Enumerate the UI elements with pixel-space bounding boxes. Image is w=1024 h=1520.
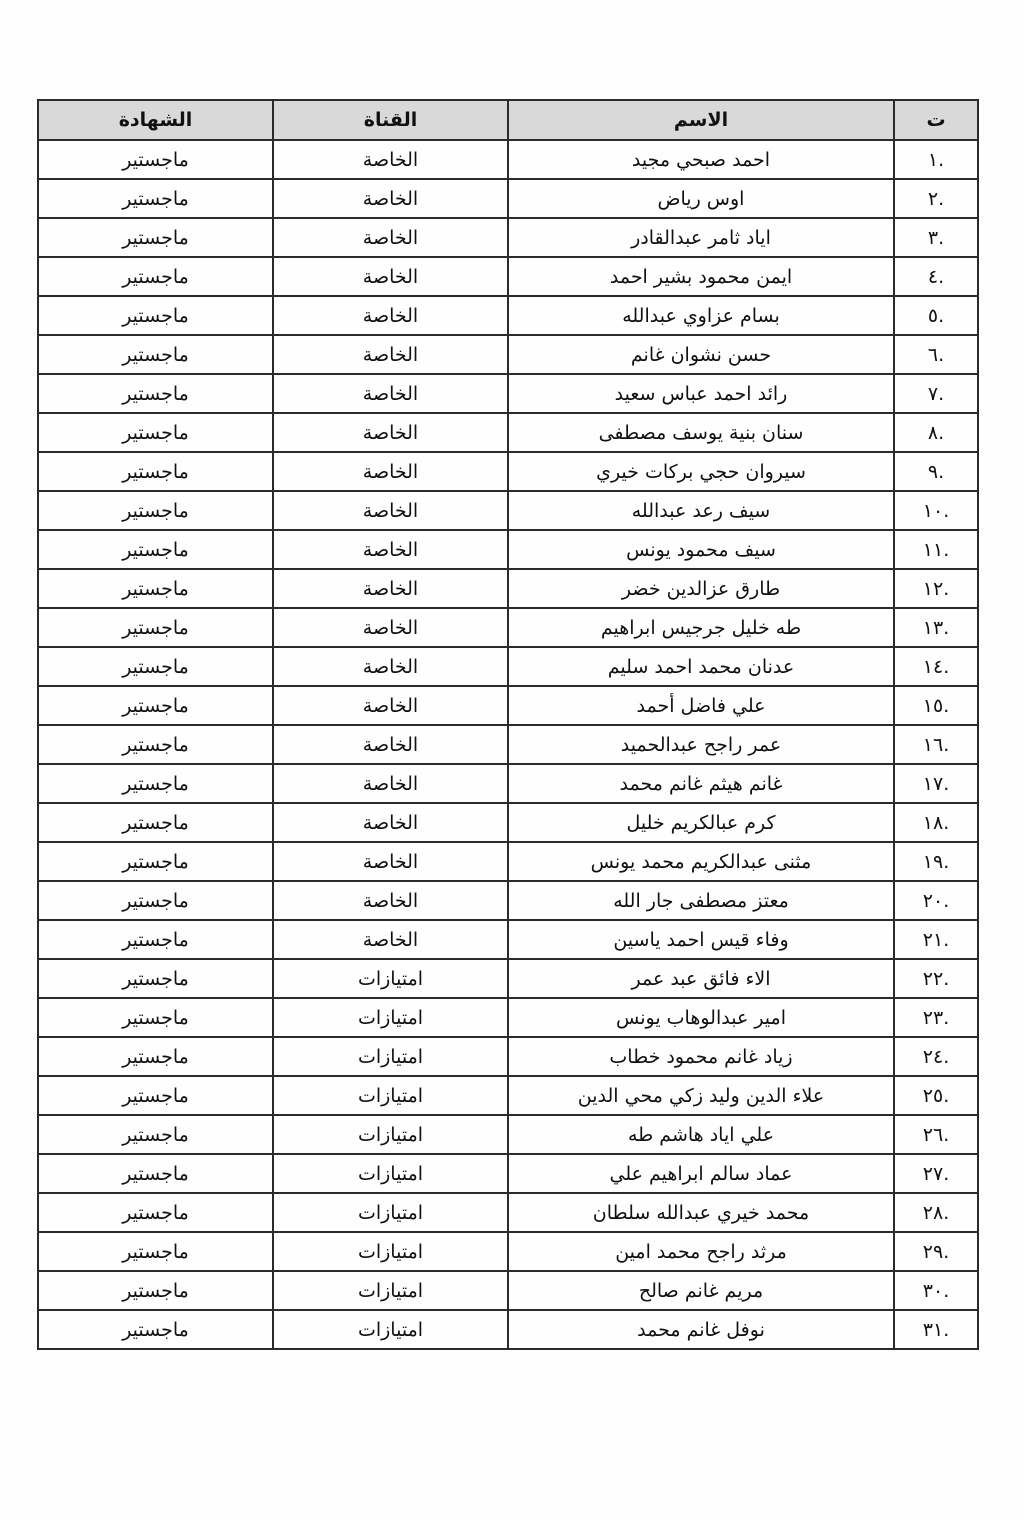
row-degree: ماجستير [38,569,273,608]
row-index: .٨ [894,413,978,452]
row-channel: امتيازات [273,1076,508,1115]
row-name: اوس رياض [508,179,894,218]
row-degree: ماجستير [38,413,273,452]
row-name: عماد سالم ابراهيم علي [508,1154,894,1193]
row-index: .٢١ [894,920,978,959]
row-channel: الخاصة [273,803,508,842]
row-index: .٦ [894,335,978,374]
row-channel: الخاصة [273,452,508,491]
table-row: .١٨كرم عبالكريم خليلالخاصةماجستير [38,803,978,842]
table-row: .١٤عدنان محمد احمد سليمالخاصةماجستير [38,647,978,686]
row-name: سنان بنية يوسف مصطفى [508,413,894,452]
table-row: .٢٥علاء الدين وليد زكي محي الدينامتيازات… [38,1076,978,1115]
row-degree: ماجستير [38,218,273,257]
row-degree: ماجستير [38,1232,273,1271]
row-degree: ماجستير [38,530,273,569]
row-channel: الخاصة [273,296,508,335]
row-degree: ماجستير [38,179,273,218]
table-row: .٢٠معتز مصطفى جار اللهالخاصةماجستير [38,881,978,920]
table-row: .٣٠مريم غانم صالحامتيازاتماجستير [38,1271,978,1310]
students-table: ت الاسم القناة الشهادة .١احمد صبحي مجيدا… [37,99,979,1350]
row-degree: ماجستير [38,1037,273,1076]
row-name: غانم هيثم غانم محمد [508,764,894,803]
table-row: .١٢طارق عزالدين خضرالخاصةماجستير [38,569,978,608]
row-degree: ماجستير [38,686,273,725]
table-row: .١٠سيف رعد عبداللهالخاصةماجستير [38,491,978,530]
row-name: وفاء قيس احمد ياسين [508,920,894,959]
table-row: .١٩مثنى عبدالكريم محمد يونسالخاصةماجستير [38,842,978,881]
table-header-row: ت الاسم القناة الشهادة [38,100,978,140]
row-index: .١٤ [894,647,978,686]
row-channel: امتيازات [273,1115,508,1154]
row-channel: الخاصة [273,608,508,647]
table-body: .١احمد صبحي مجيدالخاصةماجستير.٢اوس رياضا… [38,140,978,1349]
row-index: .٢٩ [894,1232,978,1271]
row-channel: الخاصة [273,491,508,530]
table-row: .٢١وفاء قيس احمد ياسينالخاصةماجستير [38,920,978,959]
row-degree: ماجستير [38,1115,273,1154]
row-degree: ماجستير [38,452,273,491]
row-name: حسن نشوان غانم [508,335,894,374]
row-degree: ماجستير [38,140,273,179]
row-channel: الخاصة [273,413,508,452]
row-index: .١٧ [894,764,978,803]
row-index: .١٠ [894,491,978,530]
table-row: .١٣طه خليل جرجيس ابراهيمالخاصةماجستير [38,608,978,647]
row-degree: ماجستير [38,1154,273,1193]
row-channel: الخاصة [273,647,508,686]
table-row: .٧رائد احمد عباس سعيدالخاصةماجستير [38,374,978,413]
row-name: الاء فائق عبد عمر [508,959,894,998]
row-name: علي اياد هاشم طه [508,1115,894,1154]
row-name: عدنان محمد احمد سليم [508,647,894,686]
table-row: .١١سيف محمود يونسالخاصةماجستير [38,530,978,569]
row-channel: الخاصة [273,218,508,257]
row-name: زياد غانم محمود خطاب [508,1037,894,1076]
row-index: .١٥ [894,686,978,725]
row-channel: امتيازات [273,1271,508,1310]
row-degree: ماجستير [38,803,273,842]
table-row: .٢٣امير عبدالوهاب يونسامتيازاتماجستير [38,998,978,1037]
table-row: .٢٤زياد غانم محمود خطابامتيازاتماجستير [38,1037,978,1076]
row-channel: الخاصة [273,530,508,569]
row-name: سيروان حجي بركات خيري [508,452,894,491]
row-name: رائد احمد عباس سعيد [508,374,894,413]
row-name: محمد خيري عبدالله سلطان [508,1193,894,1232]
row-index: .١٣ [894,608,978,647]
row-name: اياد ثامر عبدالقادر [508,218,894,257]
table-row: .٩سيروان حجي بركات خيريالخاصةماجستير [38,452,978,491]
row-name: طارق عزالدين خضر [508,569,894,608]
row-channel: امتيازات [273,1193,508,1232]
row-degree: ماجستير [38,1310,273,1349]
row-degree: ماجستير [38,1076,273,1115]
row-channel: امتيازات [273,959,508,998]
table-row: .٢٨محمد خيري عبدالله سلطانامتيازاتماجستي… [38,1193,978,1232]
table-row: .٢٦علي اياد هاشم طهامتيازاتماجستير [38,1115,978,1154]
row-index: .٩ [894,452,978,491]
row-index: .٢٢ [894,959,978,998]
table-row: .٨سنان بنية يوسف مصطفىالخاصةماجستير [38,413,978,452]
row-channel: الخاصة [273,179,508,218]
row-channel: الخاصة [273,842,508,881]
row-channel: الخاصة [273,764,508,803]
row-channel: الخاصة [273,881,508,920]
row-name: امير عبدالوهاب يونس [508,998,894,1037]
row-channel: الخاصة [273,725,508,764]
row-channel: امتيازات [273,998,508,1037]
table-row: .٦حسن نشوان غانمالخاصةماجستير [38,335,978,374]
row-index: .٣٠ [894,1271,978,1310]
table-row: .١٧غانم هيثم غانم محمدالخاصةماجستير [38,764,978,803]
row-name: سيف رعد عبدالله [508,491,894,530]
row-name: مريم غانم صالح [508,1271,894,1310]
row-degree: ماجستير [38,296,273,335]
header-name: الاسم [508,100,894,140]
row-channel: الخاصة [273,686,508,725]
table-row: .٢٩مرثد راجح محمد امينامتيازاتماجستير [38,1232,978,1271]
row-degree: ماجستير [38,959,273,998]
row-degree: ماجستير [38,998,273,1037]
row-index: .٢٣ [894,998,978,1037]
header-channel: القناة [273,100,508,140]
row-name: مرثد راجح محمد امين [508,1232,894,1271]
row-index: .١٢ [894,569,978,608]
row-name: احمد صبحي مجيد [508,140,894,179]
row-name: طه خليل جرجيس ابراهيم [508,608,894,647]
row-name: معتز مصطفى جار الله [508,881,894,920]
row-channel: الخاصة [273,569,508,608]
row-degree: ماجستير [38,1193,273,1232]
row-index: .٢٠ [894,881,978,920]
row-index: .٢ [894,179,978,218]
header-degree: الشهادة [38,100,273,140]
row-index: .٢٦ [894,1115,978,1154]
header-index: ت [894,100,978,140]
table-row: .٣١نوفل غانم محمدامتيازاتماجستير [38,1310,978,1349]
row-channel: الخاصة [273,257,508,296]
row-name: علي فاضل أحمد [508,686,894,725]
row-degree: ماجستير [38,257,273,296]
row-degree: ماجستير [38,1271,273,1310]
row-degree: ماجستير [38,881,273,920]
table-row: .١٦عمر راجح عبدالحميدالخاصةماجستير [38,725,978,764]
row-index: .١١ [894,530,978,569]
table-row: .١٥علي فاضل أحمدالخاصةماجستير [38,686,978,725]
table-row: .٥بسام عزاوي عبداللهالخاصةماجستير [38,296,978,335]
row-degree: ماجستير [38,920,273,959]
row-name: مثنى عبدالكريم محمد يونس [508,842,894,881]
row-channel: الخاصة [273,140,508,179]
row-channel: امتيازات [273,1232,508,1271]
row-index: .٣ [894,218,978,257]
document-page: ت الاسم القناة الشهادة .١احمد صبحي مجيدا… [0,0,1024,1520]
row-name: نوفل غانم محمد [508,1310,894,1349]
row-index: .٢٨ [894,1193,978,1232]
row-index: .٧ [894,374,978,413]
table-row: .٣اياد ثامر عبدالقادرالخاصةماجستير [38,218,978,257]
row-index: .١٩ [894,842,978,881]
row-index: .٤ [894,257,978,296]
row-channel: امتيازات [273,1310,508,1349]
row-name: علاء الدين وليد زكي محي الدين [508,1076,894,1115]
row-index: .١ [894,140,978,179]
table-row: .٢٢الاء فائق عبد عمرامتيازاتماجستير [38,959,978,998]
row-channel: امتيازات [273,1037,508,1076]
row-degree: ماجستير [38,608,273,647]
row-index: .٥ [894,296,978,335]
table-row: .٢اوس رياضالخاصةماجستير [38,179,978,218]
row-degree: ماجستير [38,374,273,413]
row-degree: ماجستير [38,764,273,803]
row-name: سيف محمود يونس [508,530,894,569]
row-channel: الخاصة [273,335,508,374]
row-channel: الخاصة [273,920,508,959]
row-index: .٢٤ [894,1037,978,1076]
row-index: .٣١ [894,1310,978,1349]
row-degree: ماجستير [38,725,273,764]
table-row: .٤ايمن محمود بشير احمدالخاصةماجستير [38,257,978,296]
row-channel: امتيازات [273,1154,508,1193]
row-degree: ماجستير [38,842,273,881]
row-channel: الخاصة [273,374,508,413]
row-degree: ماجستير [38,335,273,374]
row-index: .٢٥ [894,1076,978,1115]
row-index: .٢٧ [894,1154,978,1193]
row-name: كرم عبالكريم خليل [508,803,894,842]
row-name: عمر راجح عبدالحميد [508,725,894,764]
table-row: .١احمد صبحي مجيدالخاصةماجستير [38,140,978,179]
row-index: .١٦ [894,725,978,764]
row-name: بسام عزاوي عبدالله [508,296,894,335]
row-index: .١٨ [894,803,978,842]
row-degree: ماجستير [38,491,273,530]
table-row: .٢٧عماد سالم ابراهيم عليامتيازاتماجستير [38,1154,978,1193]
row-name: ايمن محمود بشير احمد [508,257,894,296]
row-degree: ماجستير [38,647,273,686]
